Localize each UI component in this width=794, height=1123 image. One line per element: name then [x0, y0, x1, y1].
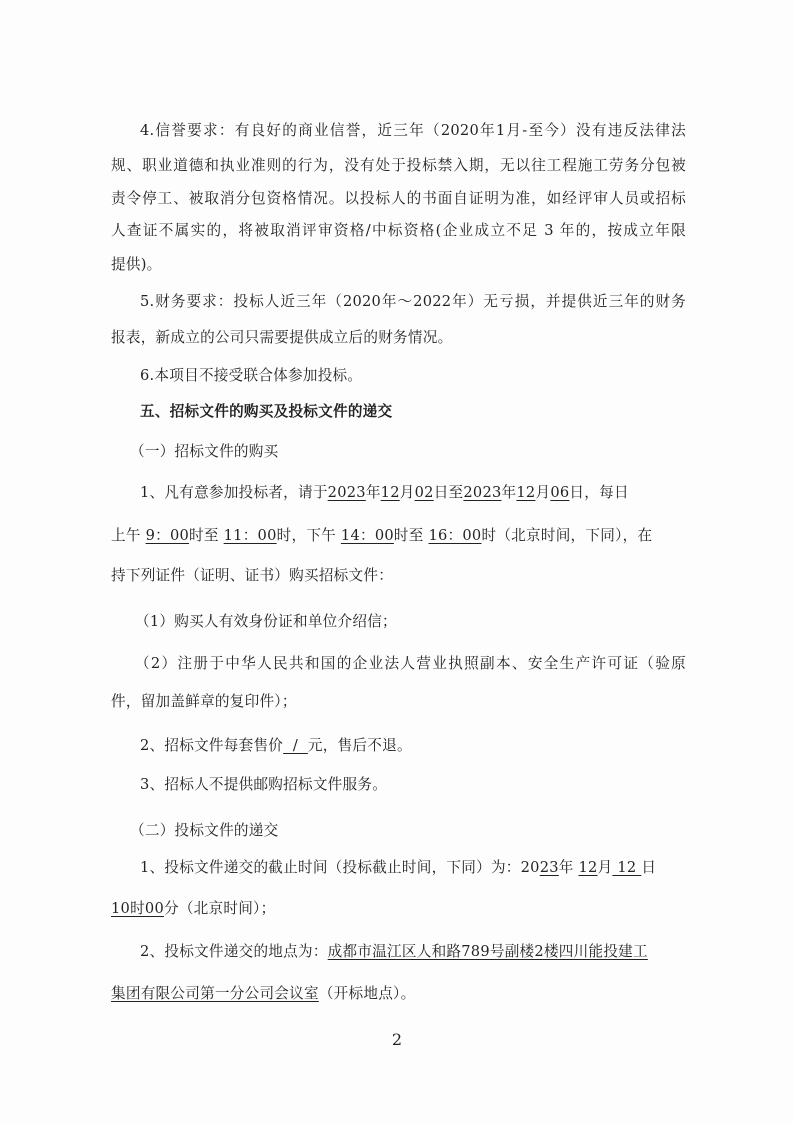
deadline-day: 12: [612, 859, 641, 876]
document-price: /: [283, 737, 308, 754]
purchase-item-3: 3、招标人不提供邮购招标文件服务。: [140, 775, 686, 795]
purchase-item-2: 2、招标文件每套售价 / 元，售后不退。: [140, 736, 686, 756]
deadline-year: 23: [540, 859, 559, 876]
location-note: （开标地点）。: [319, 985, 416, 1002]
credit-requirement-line-4: 人查证不属实的，将被取消评审资格/中标资格(企业成立不足 3 年的，按成立年限: [111, 221, 686, 241]
purchase-start-day: 02: [415, 484, 434, 501]
month-label: 月: [400, 484, 415, 501]
credit-requirement-line-2: 规、职业道德和执业准则的行为，没有处于投标禁入期，无以往工程施工劳务分包被: [111, 156, 686, 176]
day-to-label: 日至: [434, 484, 464, 501]
credit-requirement-line-5: 提供)。: [111, 255, 686, 275]
credit-requirement-line-1: 4.信誉要求：有良好的商业信誉，近三年（2020年1月-至今）没有违反法律法: [140, 121, 686, 141]
beijing-time-note: 时（北京时间，下同），在: [481, 527, 652, 544]
deadline-time: 10时00: [111, 900, 164, 917]
submission-location-line-2: 集团有限公司第一分公司会议室（开标地点）。: [111, 984, 686, 1004]
location-address: 成都市温江区人和路789号副楼2楼四川能投建工: [328, 943, 648, 960]
section-heading-5: 五、招标文件的购买及投标文件的递交: [140, 402, 686, 422]
consortium-clause: 6.本项目不接受联合体参加投标。: [140, 366, 686, 386]
to-label: 时至: [394, 527, 424, 544]
deadline-label: 1、投标文件递交的截止时间（投标截止时间，下同）为：20: [140, 859, 540, 876]
beijing-time-note: 分（北京时间）；: [164, 900, 275, 917]
required-document-1: （1）购买人有效身份证和单位介绍信；: [135, 612, 710, 632]
month-label: 月: [535, 484, 550, 501]
am-label: 上午: [111, 527, 141, 544]
location-label: 2、投标文件递交的地点为：: [140, 943, 328, 960]
purchase-item-1-line-1: 1、凡有意参加投标者，请于2023年12月02日至2023年12月06日，每日: [140, 483, 686, 503]
to-label: 时至: [189, 527, 219, 544]
year-label: 年: [366, 484, 381, 501]
purchase-item-1-prefix: 1、凡有意参加投标者，请于: [140, 484, 328, 501]
submission-location-line-1: 2、投标文件递交的地点为：成都市温江区人和路789号副楼2楼四川能投建工: [140, 942, 686, 962]
pm-label: 时，下午: [277, 527, 336, 544]
purchase-start-month: 12: [381, 484, 400, 501]
purchase-item-1-line-2: 上午 9：00时至 11：00时，下午 14：00时至 16：00时（北京时间，…: [111, 526, 686, 546]
pm-start-time: 14：00: [341, 527, 394, 544]
location-room: 集团有限公司第一分公司会议室: [111, 985, 319, 1002]
required-document-2-line-1: （2）注册于中华人民共和国的企业法人营业执照副本、安全生产许可证（验原: [135, 654, 686, 674]
document-page: 4.信誉要求：有良好的商业信誉，近三年（2020年1月-至今）没有违反法律法 规…: [0, 0, 794, 1123]
pm-end-time: 16：00: [428, 527, 481, 544]
subsection-submission-title: （二）投标文件的递交: [130, 821, 705, 841]
purchase-start-year: 2023: [328, 484, 366, 501]
purchase-item-1-line-3: 持下列证件（证明、证书）购买招标文件：: [111, 566, 686, 586]
month-label: 月: [598, 859, 613, 876]
day-label: 日: [641, 859, 656, 876]
submission-deadline-line-1: 1、投标文件递交的截止时间（投标截止时间，下同）为：2023年 12月 12 日: [140, 858, 686, 878]
subsection-purchase-title: （一）招标文件的购买: [130, 442, 705, 462]
finance-requirement-line-1: 5.财务要求：投标人近三年（2020年～2022年）无亏损，并提供近三年的财务: [140, 292, 686, 312]
finance-requirement-line-2: 报表，新成立的公司只需要提供成立后的财务情况。: [111, 328, 686, 348]
year-label: 年: [502, 484, 517, 501]
required-document-2-line-2: 件，留加盖鲜章的复印件）；: [111, 692, 686, 712]
credit-requirement-line-3: 责令停工、被取消分包资格情况。以投标人的书面自证明为准，如经评审人员或招标: [111, 189, 686, 209]
price-suffix: 元，售后不退。: [308, 737, 412, 754]
price-label: 2、招标文件每套售价: [140, 737, 283, 754]
deadline-month: 12: [579, 859, 598, 876]
am-start-time: 9：00: [146, 527, 189, 544]
page-number: 2: [0, 1030, 794, 1049]
am-end-time: 11：00: [224, 527, 277, 544]
year-label: 年: [559, 859, 579, 876]
submission-deadline-line-2: 10时00分（北京时间）；: [111, 899, 686, 919]
purchase-end-month: 12: [516, 484, 535, 501]
purchase-end-day: 06: [550, 484, 569, 501]
daily-label: 日，每日: [569, 484, 628, 501]
purchase-end-year: 2023: [463, 484, 501, 501]
